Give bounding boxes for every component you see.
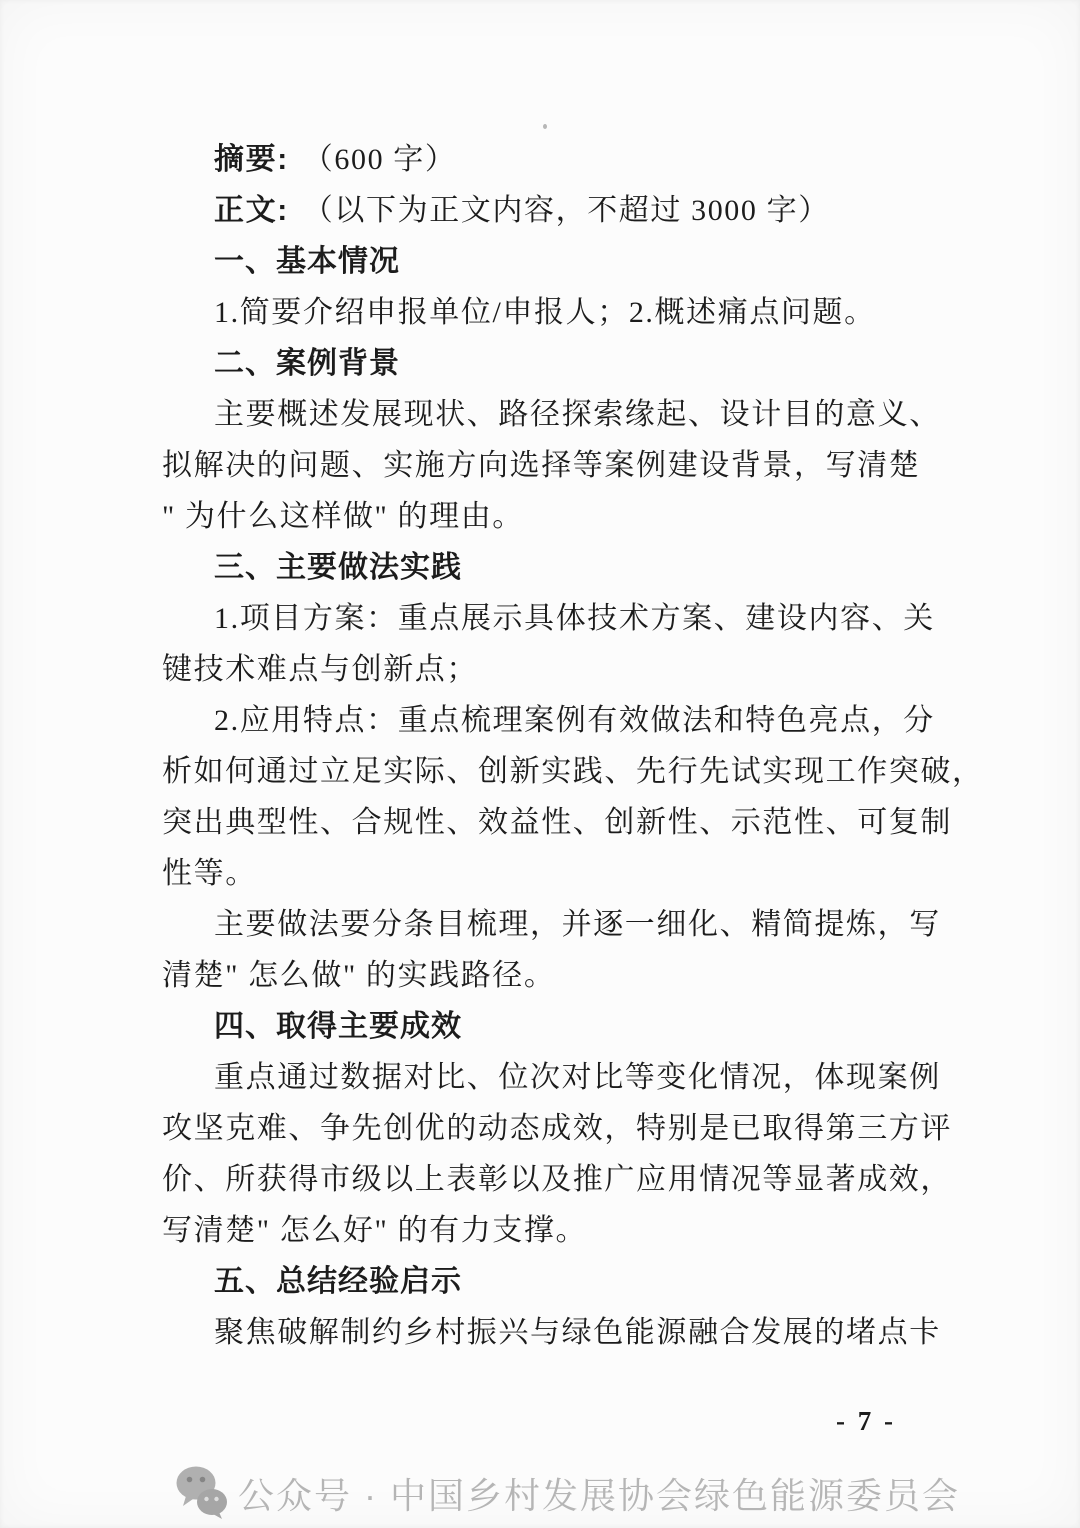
document-line: 性等。: [162, 848, 922, 899]
watermark-text: 公众号 · 中国乡村发展协会绿色能源委员会: [238, 1468, 960, 1519]
document-line: 价、所获得市级以上表彰以及推广应用情况等显著成效，: [162, 1154, 922, 1205]
wechat-icon: [176, 1466, 228, 1520]
field-value: （以下为正文内容，不超过 3000 字）: [303, 194, 830, 227]
document-body: 摘要:（600 字） 正文:（以下为正文内容，不超过 3000 字） 一、基本情…: [162, 134, 922, 1358]
section-heading: 二、案例背景: [162, 338, 922, 389]
section-heading: 三、主要做法实践: [162, 542, 922, 593]
document-line: 1.项目方案：重点展示具体技术方案、建设内容、关: [162, 593, 922, 644]
document-line: 析如何通过立足实际、创新实践、先行先试实现工作突破，: [162, 746, 922, 797]
section-heading: 一、基本情况: [162, 236, 922, 287]
document-line: 拟解决的问题、实施方向选择等案例建设背景，写清楚: [162, 440, 922, 491]
section-heading: 四、取得主要成效: [162, 1001, 922, 1052]
field-label: 摘要:: [214, 143, 289, 176]
document-line: 清楚" 怎么做" 的实践路径。: [162, 950, 922, 1001]
document-line: 摘要:（600 字）: [162, 134, 922, 185]
document-line: 主要概述发展现状、路径探索缘起、设计目的意义、: [162, 389, 922, 440]
document-line: 主要做法要分条目梳理，并逐一细化、精简提炼，写: [162, 899, 922, 950]
document-line: 突出典型性、合规性、效益性、创新性、示范性、可复制: [162, 797, 922, 848]
document-line: 2.应用特点：重点梳理案例有效做法和特色亮点，分: [162, 695, 922, 746]
section-heading: 五、总结经验启示: [162, 1256, 922, 1307]
field-label: 正文:: [214, 194, 289, 227]
document-line: 写清楚" 怎么好" 的有力支撑。: [162, 1205, 922, 1256]
document-line: 聚焦破解制约乡村振兴与绿色能源融合发展的堵点卡: [162, 1307, 922, 1358]
document-line: 重点通过数据对比、位次对比等变化情况，体现案例: [162, 1052, 922, 1103]
document-line: " 为什么这样做" 的理由。: [162, 491, 922, 542]
watermark-footer: 公众号 · 中国乡村发展协会绿色能源委员会: [0, 1466, 1080, 1520]
document-line: 正文:（以下为正文内容，不超过 3000 字）: [162, 185, 922, 236]
document-line: 键技术难点与创新点；: [162, 644, 922, 695]
page-number: - 7 -: [836, 1406, 896, 1437]
document-line: 攻坚克难、争先创优的动态成效，特别是已取得第三方评: [162, 1103, 922, 1154]
document-page: 摘要:（600 字） 正文:（以下为正文内容，不超过 3000 字） 一、基本情…: [0, 0, 1080, 1528]
field-value: （600 字）: [303, 143, 457, 176]
document-line: 1.简要介绍申报单位/申报人；2.概述痛点问题。: [162, 287, 922, 338]
scan-speck: [543, 124, 547, 129]
